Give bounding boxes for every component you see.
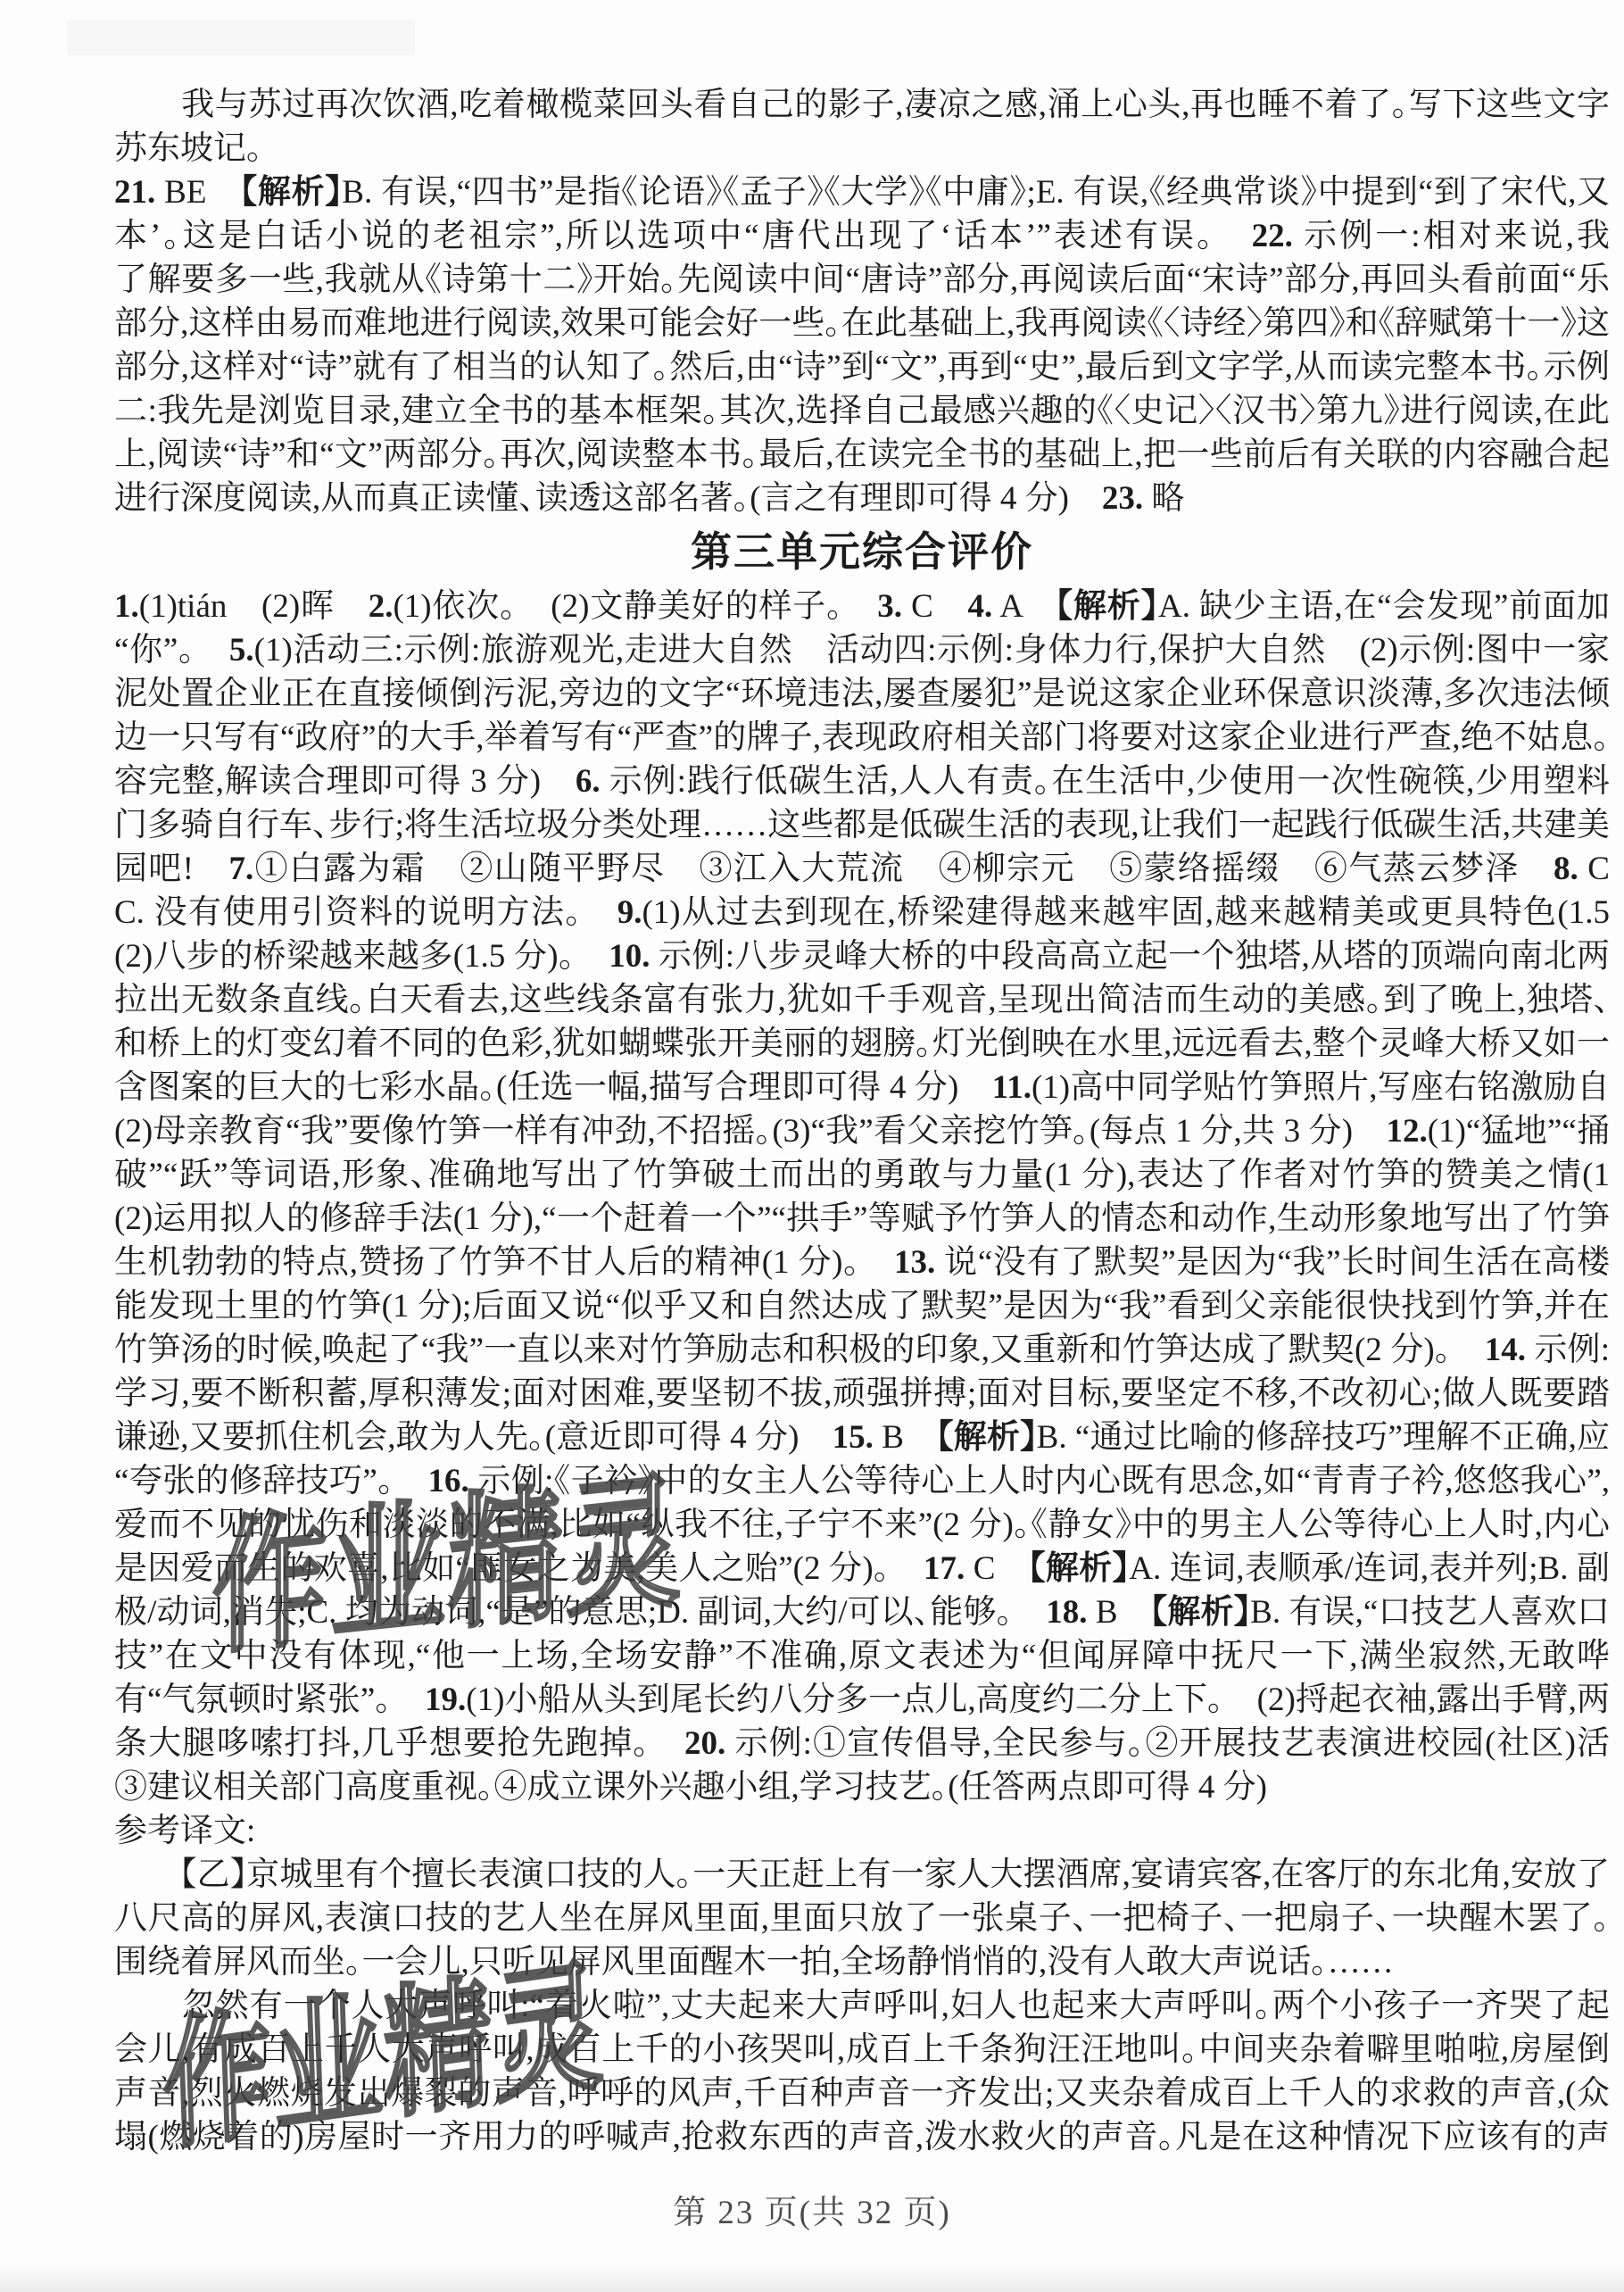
answer-number-bold: 21.	[114, 174, 155, 211]
answer-text: 围绕着屏风而坐。一会儿,只听见屏风里面醒木一拍,全场静悄悄的,没有人敢大声说话。…	[114, 1944, 1394, 1981]
answer-number-bold: 13.	[894, 1244, 935, 1281]
answer-number-bold: 3.	[877, 588, 902, 625]
answer-text: B	[874, 1419, 937, 1456]
answer-number-bold: 17.	[924, 1550, 965, 1587]
answer-text: 泥处置企业正在直接倾倒污泥,旁边的文字“环境违法,屡查屡犯”是说这家企业环保意识…	[114, 676, 1610, 716]
answer-text: ③建议相关部门高度重视。④成立课外兴趣小组,学习技艺。(任答两点即可得 4 分)	[114, 1769, 1267, 1806]
answer-text: (2)运用拟人的修辞手法(1 分),“一个赶着一个”“拱手”等赋予竹笋人的情态和…	[114, 1200, 1610, 1241]
text-line: 和桥上的灯变幻着不同的色彩,犹如蝴蝶张开美丽的翅膀。灯光倒映在水里,远远看去,整…	[114, 1022, 1610, 1066]
answer-text: 塌(燃烧着的)房屋时一齐用力的呼喊声,抢救东西的声音,泼水救火的声音。凡是在这种…	[114, 2119, 1610, 2159]
answer-text: 本’。这是白话小说的老祖宗”,所以选项中“唐代出现了‘话本’”表述有误。	[114, 218, 1252, 254]
page-number: 第 23 页(共 32 页)	[0, 2185, 1624, 2233]
text-line: 会儿,有成百上千人大声呼叫,成百上千的小孩哭叫,成百上千条狗汪汪地叫。中间夹杂着…	[114, 2028, 1610, 2072]
text-line: 塌(燃烧着的)房屋时一齐用力的呼喊声,抢救东西的声音,泼水救火的声音。凡是在这种…	[114, 2115, 1610, 2159]
answer-text: 是因爱而生的欢喜,比如“匪女之为美,美人之贻”(2 分)。	[114, 1550, 924, 1587]
answer-text: 上,阅读“诗”和“文”两部分。再次,阅读整本书。最后,在读完全书的基础上,把一些…	[114, 436, 1610, 477]
text-line: 学习,要不断积蓄,厚积薄发;面对困难,要坚韧不拔,顽强拼搏;面对目标,要坚定不移…	[114, 1372, 1610, 1416]
answer-number-bold: 2.	[369, 588, 394, 625]
text-line: 部分,这样由易而难地进行阅读,效果可能会好一些。在此基础上,我再阅读《〈诗经〉第…	[114, 302, 1610, 345]
answer-text: 略	[1143, 480, 1184, 517]
answer-text: 拉出无数条直线。白天看去,这些线条富有张力,犹如千手观音,呈现出简洁而生动的美感…	[114, 982, 1610, 1022]
answer-text: C	[965, 1550, 1029, 1587]
answer-text: B	[1088, 1594, 1151, 1631]
answer-number-bold: 【解析】	[1029, 1550, 1129, 1587]
answer-number-bold: 6.	[576, 763, 601, 800]
text-line: (2)母亲教育“我”要像竹笋一样有冲劲,不招摇。(3)“我”看父亲挖竹笋。(每点…	[114, 1109, 1610, 1153]
answer-text: C. 没有使用引资料的说明方法。	[114, 894, 617, 931]
text-line: 门多骑自行车、步行;将生活垃圾分类处理……这些都是低碳生活的表现,让我们一起践行…	[114, 803, 1610, 847]
answer-text: “你”。	[114, 632, 229, 668]
answer-text: ①白露为霜 ②山随平野尽 ③江入大荒流 ④柳宗元 ⑤蒙络摇缀 ⑥气蒸云梦泽	[253, 851, 1554, 887]
answer-number-bold: 9.	[617, 894, 642, 931]
section-heading: 第三单元综合评价	[114, 520, 1610, 585]
answer-text: 条大腿哆嗦打抖,几乎想要抢先跑掉。	[114, 1725, 684, 1762]
answer-text: 我与苏过再次饮酒,吃着橄榄菜回头看自己的影子,凄凉之感,涌上心头,再也睡不着了。…	[114, 87, 1610, 127]
answer-number-bold: 19.	[425, 1682, 466, 1718]
answer-text: 园吧!	[114, 851, 229, 887]
answer-number-bold: 14.	[1485, 1332, 1526, 1368]
answer-text: 参考译文:	[114, 1813, 255, 1849]
answer-text: 边一只写有“政府”的大手,举着写有“严查”的牌子,表现政府相关部门将要对这家企业…	[114, 719, 1610, 760]
text-line: “你”。 5.(1)活动三:示例:旅游观光,走进大自然 活动四:示例:身体力行,…	[114, 628, 1610, 672]
answer-text: BE	[155, 174, 240, 211]
answer-text: 了解要多一些,我就从《诗第十二》开始。先阅读中间“唐诗”部分,再阅读后面“宋诗”…	[114, 262, 1610, 302]
text-line: 边一只写有“政府”的大手,举着写有“严查”的牌子,表现政府相关部门将要对这家企业…	[114, 716, 1610, 760]
text-line: 能发现土里的竹笋(1 分);后面又说“似乎又和自然达成了默契”是因为“我”看到父…	[114, 1284, 1610, 1328]
answer-text: 和桥上的灯变幻着不同的色彩,犹如蝴蝶张开美丽的翅膀。灯光倒映在水里,远远看去,整…	[114, 1026, 1610, 1066]
answer-text: 二:我先是浏览目录,建立全书的基本框架。其次,选择自己最感兴趣的《〈史记〉〈汉书…	[114, 393, 1610, 433]
text-line: 1.(1)tián (2)晖 2.(1)依次。 (2)文静美好的样子。 3. C…	[114, 585, 1610, 628]
answer-number-bold: 【解析】	[937, 1419, 1036, 1456]
text-line: 八尺高的屏风,表演口技的艺人坐在屏风里面,里面只放了一张桌子、一把椅子、一把扇子…	[114, 1897, 1610, 1940]
text-line: 【乙】京城里有个擅长表演口技的人。一天正赶上有一家人大摆酒席,宴请宾客,在客厅的…	[114, 1853, 1610, 1897]
answer-number-bold: 11.	[992, 1069, 1032, 1106]
answer-text: 竹笋汤的时候,唤起了“我”一直以来对竹笋励志和积极的印象,又重新和竹笋达成了默契…	[114, 1332, 1485, 1368]
text-line: 技”在文中没有体现,“他一上场,全场安静”不准确,原文表述为“但闻屏障中抚尺一下…	[114, 1634, 1610, 1678]
answer-number-bold: 【解析】	[1056, 588, 1158, 625]
answer-text: 八尺高的屏风,表演口技的艺人坐在屏风里面,里面只放了一张桌子、一把椅子、一把扇子…	[114, 1900, 1610, 1940]
text-line: 拉出无数条直线。白天看去,这些线条富有张力,犹如千手观音,呈现出简洁而生动的美感…	[114, 978, 1610, 1022]
text-block: 我与苏过再次饮酒,吃着橄榄菜回头看自己的影子,凄凉之感,涌上心头,再也睡不着了。…	[114, 83, 1610, 2159]
answer-text: (1)依次。 (2)文静美好的样子。	[393, 588, 877, 625]
answer-text: 含图案的巨大的七彩水晶。(任选一幅,描写合理即可得 4 分)	[114, 1069, 992, 1106]
text-line: 我与苏过再次饮酒,吃着橄榄菜回头看自己的影子,凄凉之感,涌上心头,再也睡不着了。…	[114, 83, 1610, 127]
text-line: 部分,这样对“诗”就有了相当的认知了。然后,由“诗”到“文”,再到“史”,最后到…	[114, 345, 1610, 389]
answer-number-bold: 18.	[1046, 1594, 1087, 1631]
answer-text: B. 有误,“口技艺人喜欢口	[1250, 1594, 1610, 1631]
text-line: 本’。这是白话小说的老祖宗”,所以选项中“唐代出现了‘话本’”表述有误。 22.…	[114, 214, 1610, 258]
answer-text: 能发现土里的竹笋(1 分);后面又说“似乎又和自然达成了默契”是因为“我”看到父…	[114, 1288, 1610, 1328]
text-line: 条大腿哆嗦打抖,几乎想要抢先跑掉。 20. 示例:①宣传倡导,全民参与。②开展技…	[114, 1722, 1610, 1765]
answer-text: 极/动词,消失;C. 均为动词,“是”的意思;D. 副词,大约/可以、能够。	[114, 1594, 1046, 1631]
answer-number-bold: 16.	[427, 1463, 468, 1499]
answer-text: 忽然有一个人大声呼叫:“着火啦”,丈夫起来大声呼叫,妇人也起来大声呼叫。两个小孩…	[114, 1988, 1610, 2028]
answer-number-bold: 1.	[114, 588, 139, 625]
answer-text: 谦逊,又要抓住机会,敢为人先。(意近即可得 4 分)	[114, 1419, 833, 1456]
answer-text: 声音,烈火燃烧发出爆裂的声音,呼呼的风声,千百种声音一齐发出;又夹杂着成百上千人…	[114, 2075, 1610, 2115]
text-line: C. 没有使用引资料的说明方法。 9.(1)从过去到现在,桥梁建得越来越牢固,越…	[114, 891, 1610, 934]
text-line: 生机勃勃的特点,赞扬了竹笋不甘人后的精神(1 分)。 13. 说“没有了默契”是…	[114, 1241, 1610, 1284]
scan-smudge	[67, 20, 415, 55]
answer-number-bold: 22.	[1252, 218, 1293, 254]
answer-text: (2)八步的桥梁越来越多(1.5 分)。	[114, 938, 609, 975]
text-line: 忽然有一个人大声呼叫:“着火啦”,丈夫起来大声呼叫,妇人也起来大声呼叫。两个小孩…	[114, 1984, 1610, 2028]
answer-number-bold: 8.	[1554, 851, 1578, 887]
text-line: (2)八步的桥梁越来越多(1.5 分)。 10. 示例:八步灵峰大桥的中段高高立…	[114, 934, 1610, 978]
text-line: 围绕着屏风而坐。一会儿,只听见屏风里面醒木一拍,全场静悄悄的,没有人敢大声说话。…	[114, 1940, 1610, 1984]
text-line: 了解要多一些,我就从《诗第十二》开始。先阅读中间“唐诗”部分,再阅读后面“宋诗”…	[114, 258, 1610, 302]
answer-number-bold: 15.	[833, 1419, 874, 1456]
text-line: 21. BE 【解析】B. 有误,“四书”是指《论语》《孟子》《大学》《中庸》;…	[114, 170, 1610, 214]
answer-text: 容完整,解读合理即可得 3 分)	[114, 763, 576, 800]
answer-number-bold: 10.	[609, 938, 650, 975]
page-edge-shadow	[0, 2265, 1624, 2292]
answer-number-bold: 【解析】	[241, 174, 343, 211]
answer-text: (1)“猛地”“捅	[1428, 1113, 1610, 1150]
answer-number-bold: 12.	[1387, 1113, 1428, 1150]
text-line: 爱而不见的忧伤和淡淡的不满,比如“纵我不往,子宁不来”(2 分)。《静女》中的男…	[114, 1503, 1610, 1547]
answer-text: 【乙】京城里有个擅长表演口技的人。一天正赶上有一家人大摆酒席,宴请宾客,在客厅的…	[114, 1856, 1610, 1897]
answer-text: 有“气氛顿时紧张”。	[114, 1682, 425, 1718]
text-line: ③建议相关部门高度重视。④成立课外兴趣小组,学习技艺。(任答两点即可得 4 分)	[114, 1765, 1610, 1809]
text-line: (2)运用拟人的修辞手法(1 分),“一个赶着一个”“拱手”等赋予竹笋人的情态和…	[114, 1197, 1610, 1241]
answer-number-bold: 5.	[229, 632, 254, 668]
text-line: 泥处置企业正在直接倾倒污泥,旁边的文字“环境违法,屡查屡犯”是说这家企业环保意识…	[114, 672, 1610, 716]
answer-text: 苏东坡记。	[114, 130, 263, 167]
answer-text: A	[992, 588, 1056, 625]
answer-text: 破”“跃”等词语,形象、准确地写出了竹笋破土而出的勇敢与力量(1 分),表达了作…	[114, 1157, 1610, 1197]
answer-text: 爱而不见的忧伤和淡淡的不满,比如“纵我不往,子宁不来”(2 分)。《静女》中的男…	[114, 1507, 1610, 1547]
text-line: 上,阅读“诗”和“文”两部分。再次,阅读整本书。最后,在读完全书的基础上,把一些…	[114, 433, 1610, 477]
text-line: “夸张的修辞技巧”。 16. 示例:《子衿》中的女主人公等待心上人时内心既有思念…	[114, 1459, 1610, 1503]
text-line: 园吧! 7.①白露为霜 ②山随平野尽 ③江入大荒流 ④柳宗元 ⑤蒙络摇缀 ⑥气蒸…	[114, 847, 1610, 891]
text-line: 参考译文:	[114, 1809, 1610, 1853]
text-line: 谦逊,又要抓住机会,敢为人先。(意近即可得 4 分) 15. B 【解析】B. …	[114, 1416, 1610, 1459]
text-line: 含图案的巨大的七彩水晶。(任选一幅,描写合理即可得 4 分) 11.(1)高中同…	[114, 1066, 1610, 1109]
text-line: 极/动词,消失;C. 均为动词,“是”的意思;D. 副词,大约/可以、能够。 1…	[114, 1590, 1610, 1634]
answer-text: 生机勃勃的特点,赞扬了竹笋不甘人后的精神(1 分)。	[114, 1244, 894, 1281]
text-line: 进行深度阅读,从而真正读懂、读透这部名著。(言之有理即可得 4 分) 23. 略	[114, 477, 1610, 520]
answer-text: 会儿,有成百上千人大声呼叫,成百上千的小孩哭叫,成百上千条狗汪汪地叫。中间夹杂着…	[114, 2031, 1610, 2072]
answer-text: “夸张的修辞技巧”。	[114, 1463, 427, 1499]
answer-text: 部分,这样对“诗”就有了相当的认知了。然后,由“诗”到“文”,再到“史”,最后到…	[114, 349, 1610, 386]
answer-number-bold: 4.	[967, 588, 992, 625]
answer-text: 门多骑自行车、步行;将生活垃圾分类处理……这些都是低碳生活的表现,让我们一起践行…	[114, 807, 1610, 847]
text-line: 竹笋汤的时候,唤起了“我”一直以来对竹笋励志和积极的印象,又重新和竹笋达成了默契…	[114, 1328, 1610, 1372]
answer-number-bold: 20.	[684, 1725, 725, 1762]
answer-text: (1)小船从头到尾长约八分多一点儿,高度约二分上下。 (2)捋起衣袖,露出手臂,…	[466, 1682, 1610, 1718]
answer-text: C	[902, 588, 967, 625]
answer-text: C	[1578, 851, 1610, 887]
text-line: 容完整,解读合理即可得 3 分) 6. 示例:践行低碳生活,人人有责。在生活中,…	[114, 760, 1610, 803]
answer-number-bold: 【解析】	[1151, 1594, 1250, 1631]
answer-text: 进行深度阅读,从而真正读懂、读透这部名著。(言之有理即可得 4 分)	[114, 480, 1102, 517]
text-line: 二:我先是浏览目录,建立全书的基本框架。其次,选择自己最感兴趣的《〈史记〉〈汉书…	[114, 389, 1610, 433]
answer-text: 学习,要不断积蓄,厚积薄发;面对困难,要坚韧不拔,顽强拼搏;面对目标,要坚定不移…	[114, 1375, 1610, 1416]
answer-text: (2)母亲教育“我”要像竹笋一样有冲劲,不招摇。(3)“我”看父亲挖竹笋。(每点…	[114, 1113, 1387, 1150]
text-line: 有“气氛顿时紧张”。 19.(1)小船从头到尾长约八分多一点儿,高度约二分上下。…	[114, 1678, 1610, 1722]
text-line: 是因爱而生的欢喜,比如“匪女之为美,美人之贻”(2 分)。 17. C 【解析】…	[114, 1547, 1610, 1590]
text-line: 声音,烈火燃烧发出爆裂的声音,呼呼的风声,千百种声音一齐发出;又夹杂着成百上千人…	[114, 2072, 1610, 2115]
answer-text: (1)活动三:示例:旅游观光,走进大自然 活动四:示例:身体力行,保护大自然 (…	[114, 632, 1610, 672]
answer-text: 技”在文中没有体现,“他一上场,全场安静”不准确,原文表述为“但闻屏障中抚尺一下…	[114, 1638, 1610, 1678]
answer-text: 部分,这样由易而难地进行阅读,效果可能会好一些。在此基础上,我再阅读《〈诗经〉第…	[114, 305, 1610, 345]
answer-number-bold: 7.	[229, 851, 254, 887]
text-line: 苏东坡记。	[114, 127, 1610, 170]
answer-text: (1)tián (2)晖	[139, 588, 369, 625]
answer-book-page: 我与苏过再次饮酒,吃着橄榄菜回头看自己的影子,凄凉之感,涌上心头,再也睡不着了。…	[0, 0, 1624, 2292]
answer-number-bold: 23.	[1102, 480, 1143, 517]
text-line: 破”“跃”等词语,形象、准确地写出了竹笋破土而出的勇敢与力量(1 分),表达了作…	[114, 1153, 1610, 1197]
